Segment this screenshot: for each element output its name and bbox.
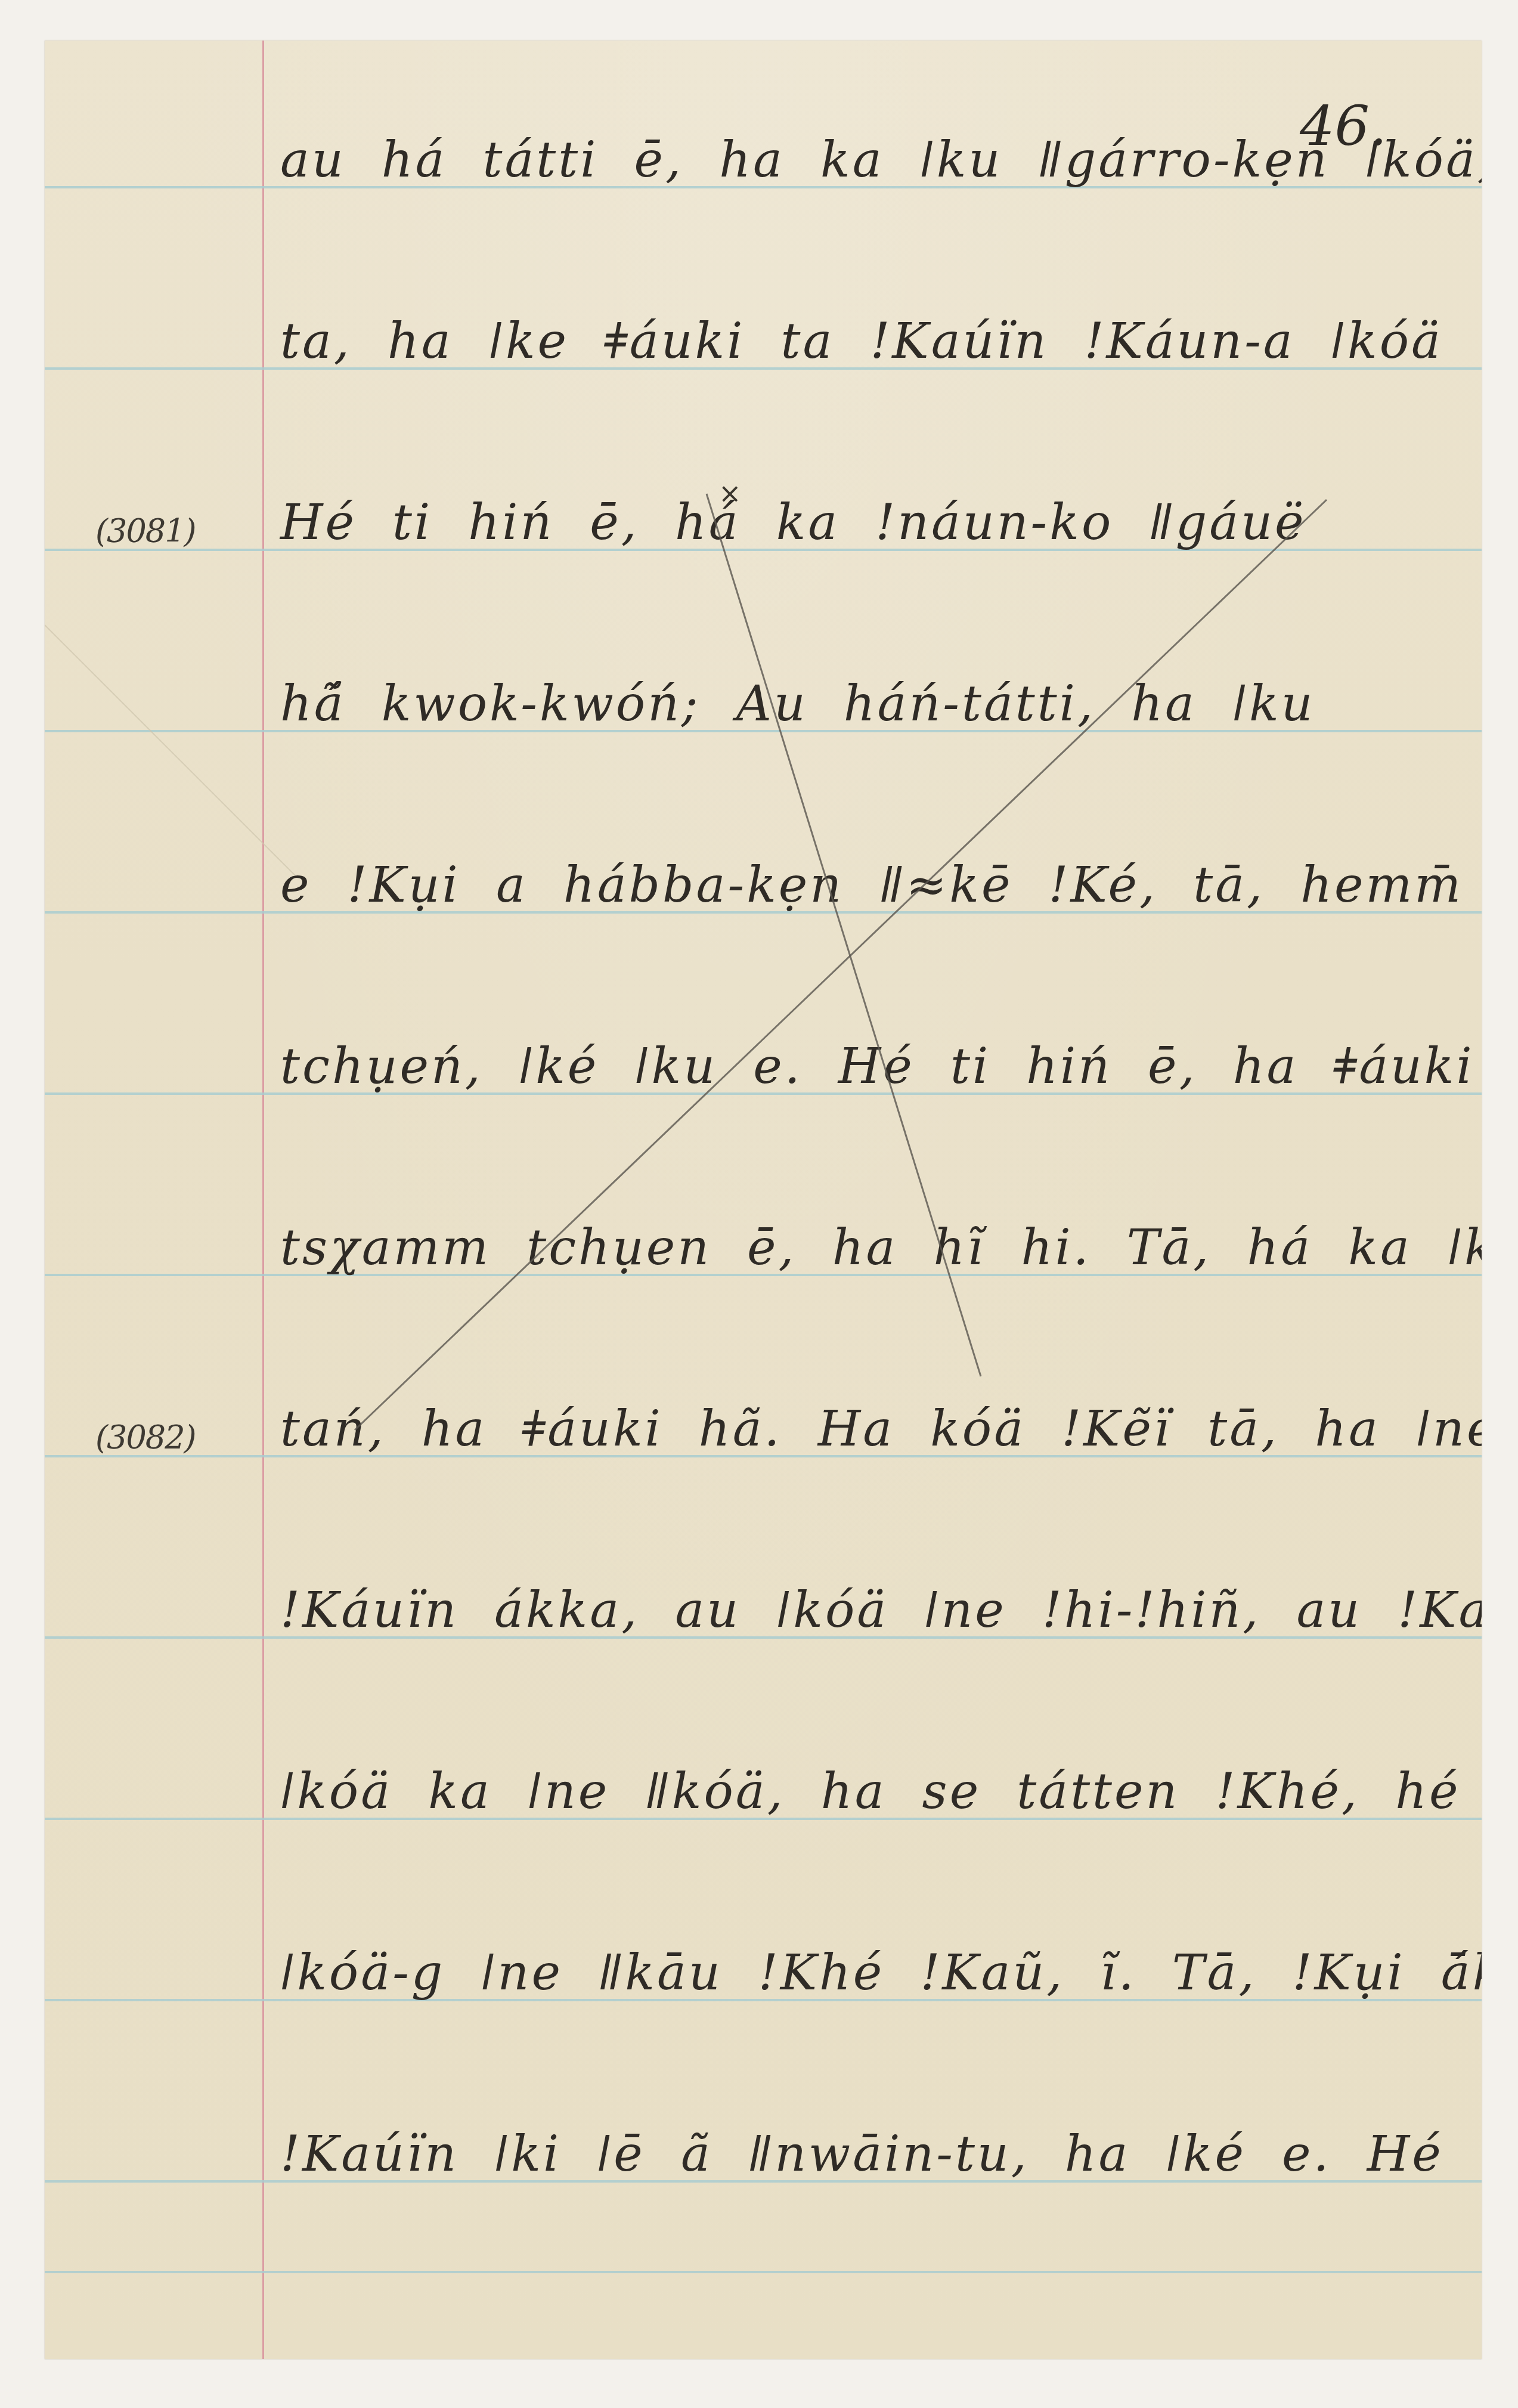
manuscript-line: (3082) tań, ha ǂáuki hã. Ha kóä !Kẽï tā,… [45, 1357, 1482, 1465]
manuscript-line: !Káuïn ákka, au ǀkóä ǀne !hi-!hiñ, au !K… [45, 1539, 1482, 1646]
line-text: e !Kụi a hábba-kẹn ǁ≈kē !Ké, tā, hemm̄ [280, 857, 1458, 914]
manuscript-line: tchụeń, ǀké ǀku e. Hé ti hiń ē, ha ǂáuki [45, 995, 1482, 1102]
manuscript-line: ta, ha ǀke ǂáuki ta !Kaúïn !Káun-a ǀkóä [45, 270, 1482, 377]
line-number: (3081) [95, 512, 196, 550]
manuscript-page: 46. au há tátti ē, ha ka ǀku ǁgárro-kẹn … [45, 41, 1482, 2359]
line-text: tsχamm tchụen ē, ha hĩ hi. Tā, há ka ǀku [280, 1220, 1458, 1276]
rule-line [45, 2271, 1482, 2273]
manuscript-line: au há tátti ē, ha ka ǀku ǁgárro-kẹn ǀkóä… [45, 88, 1482, 196]
line-text: Hé ti hiń ē, há ka !náun-ko ǁgáuë [280, 494, 1458, 551]
line-number: (3082) [95, 1419, 196, 1456]
line-text: au há tátti ē, ha ka ǀku ǁgárro-kẹn ǀkóä… [280, 132, 1458, 188]
line-text: tań, ha ǂáuki hã. Ha kóä !Kẽï tā, ha ǀne [280, 1401, 1458, 1457]
line-text: ǀkóä ka ǀne ǁkóä, ha se tátten !Khé, hé … [280, 1763, 1458, 1820]
manuscript-line: !Kaúïn ǀki ǀē ã ǁnwāin-tu, ha ǀké e. Hé [45, 2082, 1482, 2190]
line-text: !Káuïn ákka, au ǀkóä ǀne !hi-!hiñ, au !K… [280, 1582, 1458, 1639]
line-text: !Kaúïn ǀki ǀē ã ǁnwāin-tu, ha ǀké e. Hé [280, 2126, 1458, 2183]
manuscript-line: e !Kụi a hábba-kẹn ǁ≈kē !Ké, tā, hemm̄ [45, 813, 1482, 921]
line-text: ǀkóä-g ǀne ǁkāu !Khé !Kaũ, ĩ. Tā, !Kụi ā… [280, 1945, 1458, 2001]
line-text: tchụeń, ǀké ǀku e. Hé ti hiń ē, ha ǂáuki [280, 1038, 1458, 1095]
line-text: ta, ha ǀke ǂáuki ta !Kaúïn !Káun-a ǀkóä [280, 313, 1458, 370]
line-text: hã́ kwok-kwóń; Au háń-tátti, ha ǀku [280, 676, 1458, 732]
manuscript-line: hã́ kwok-kwóń; Au háń-tátti, ha ǀku [45, 632, 1482, 739]
manuscript-line: (3081) Hé ti hiń ē, há ka !náun-ko ǁgáuë [45, 451, 1482, 558]
manuscript-line: ǀkóä-g ǀne ǁkāu !Khé !Kaũ, ĩ. Tā, !Kụi ā… [45, 1901, 1482, 2008]
manuscript-line: ǀkóä ka ǀne ǁkóä, ha se tátten !Khé, hé … [45, 1720, 1482, 1827]
manuscript-line: tsχamm tchụen ē, ha hĩ hi. Tā, há ka ǀku [45, 1176, 1482, 1283]
